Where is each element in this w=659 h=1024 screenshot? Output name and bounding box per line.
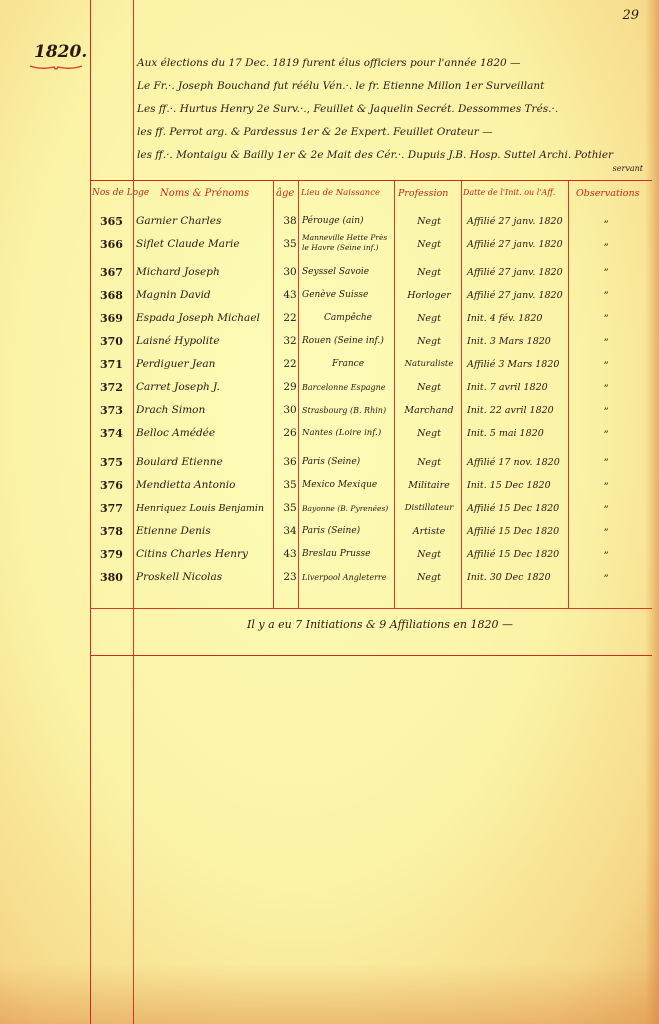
col-header-observations: Observations [576, 188, 640, 199]
birthplace: Nantes (Loire inf.) [302, 422, 394, 445]
member-age: 32 [275, 330, 305, 353]
birthplace: Pérouge (ain) [302, 210, 394, 233]
year-summary: Il y a eu 7 Initiations & 9 Affiliations… [200, 618, 560, 631]
profession: Negt [395, 330, 463, 353]
member-name: Belloc Amédée [136, 422, 292, 445]
table-row: 379 Citins Charles Henry 43 Breslau Prus… [90, 543, 570, 566]
member-name: Perdiguer Jean [136, 353, 292, 376]
lodge-number: 365 [100, 210, 136, 233]
observation-ditto: ” [600, 568, 612, 591]
member-name: Citins Charles Henry [136, 543, 292, 566]
header-line: les ff.·. Montaigu & Bailly 1er & 2e Mai… [137, 144, 652, 167]
profession: Marchand [395, 399, 463, 422]
observation-ditto: ” [600, 401, 612, 424]
table-row: 374 Belloc Amédée 26 Nantes (Loire inf.)… [90, 422, 570, 445]
birthplace: Mexico Mexique [302, 474, 394, 497]
table-row: 378 Etienne Denis 34 Paris (Seine) Artis… [90, 520, 570, 543]
member-age: 35 [275, 474, 305, 497]
profession: Negt [395, 422, 463, 445]
table-end-rule [90, 608, 652, 609]
lodge-number: 367 [100, 261, 136, 284]
birthplace: Bayonne (B. Pyrenées) [302, 497, 394, 520]
admission-date: Init. 30 Dec 1820 [463, 566, 575, 589]
page-bottom-shadow [0, 964, 659, 1024]
member-name: Proskell Nicolas [136, 566, 292, 589]
observation-ditto: ” [600, 499, 612, 522]
observation-ditto: ” [600, 262, 612, 285]
birthplace: Manneville Hette Près le Havre (Seine in… [302, 233, 394, 259]
admission-date: Affilié 3 Mars 1820 [463, 353, 575, 376]
table-row: 368 Magnin David 43 Genève Suisse Horlog… [90, 284, 570, 307]
admission-date: Init. 5 mai 1820 [463, 422, 575, 445]
lodge-number: 374 [100, 422, 136, 445]
profession: Distillateur [395, 497, 463, 520]
year-heading: 1820. [34, 42, 87, 62]
member-age: 30 [275, 399, 305, 422]
member-name: Etienne Denis [136, 520, 292, 543]
table-row: 365 Garnier Charles 38 Pérouge (ain) Neg… [90, 210, 570, 233]
profession: Negt [395, 451, 463, 474]
member-age: 38 [275, 210, 305, 233]
admission-date: Affilié 17 nov. 1820 [463, 451, 575, 474]
birthplace: Liverpool Angleterre [302, 566, 394, 589]
table-row: 369 Espada Joseph Michael 22 Campêche Ne… [90, 307, 570, 330]
member-age: 35 [275, 233, 305, 256]
observation-ditto: ” [600, 476, 612, 499]
lodge-number: 368 [100, 284, 136, 307]
lodge-number: 366 [100, 233, 136, 256]
lodge-number: 380 [100, 566, 136, 589]
lodge-number: 376 [100, 474, 136, 497]
birthplace: Breslau Prusse [302, 543, 394, 566]
header-line: Le Fr.·. Joseph Bouchand fut réélu Vén.·… [137, 75, 652, 98]
member-name: Mendietta Antonio [136, 474, 292, 497]
member-name: Siflet Claude Marie [136, 233, 292, 256]
profession: Negt [395, 376, 463, 399]
lodge-number: 378 [100, 520, 136, 543]
profession: Militaire [395, 474, 463, 497]
birthplace: Strasbourg (B. Rhin) [302, 399, 394, 422]
admission-date: Init. 4 fév. 1820 [463, 307, 575, 330]
table-row: 372 Carret Joseph J. 29 Barcelonne Espag… [90, 376, 570, 399]
member-age: 23 [275, 566, 305, 589]
profession: Negt [395, 543, 463, 566]
member-age: 43 [275, 543, 305, 566]
header-line: Aux élections du 17 Dec. 1819 furent élu… [137, 52, 652, 75]
observation-ditto: ” [600, 452, 612, 475]
page-number: 29 [622, 8, 639, 23]
table-row: 373 Drach Simon 30 Strasbourg (B. Rhin) … [90, 399, 570, 422]
lodge-number: 371 [100, 353, 136, 376]
header-line: les ff. Perrot arg. & Pardessus 1er & 2e… [137, 121, 652, 144]
member-name: Michard Joseph [136, 261, 292, 284]
observation-ditto: ” [600, 545, 612, 568]
birthplace: Barcelonne Espagne [302, 376, 394, 399]
profession: Negt [395, 307, 463, 330]
officers-election-paragraph: Aux élections du 17 Dec. 1819 furent élu… [137, 52, 652, 167]
member-name: Magnin David [136, 284, 292, 307]
lodge-number: 373 [100, 399, 136, 422]
header-line: Les ff.·. Hurtus Henry 2e Surv.·., Feuil… [137, 98, 652, 121]
lodge-number: 372 [100, 376, 136, 399]
observation-ditto: ” [600, 424, 612, 447]
member-name: Espada Joseph Michael [136, 307, 292, 330]
member-name: Laisné Hypolite [136, 330, 292, 353]
observation-ditto: ” [600, 378, 612, 401]
admission-date: Init. 22 avril 1820 [463, 399, 575, 422]
observation-ditto: ” [600, 355, 612, 378]
lodge-number: 369 [100, 307, 136, 330]
birthplace: Campêche [302, 307, 394, 330]
lodge-number: 377 [100, 497, 136, 520]
admission-date: Affilié 15 Dec 1820 [463, 497, 575, 520]
lodge-number: 379 [100, 543, 136, 566]
member-age: 30 [275, 261, 305, 284]
table-row: 380 Proskell Nicolas 23 Liverpool Anglet… [90, 566, 570, 589]
table-row: 375 Boulard Etienne 36 Paris (Seine) Neg… [90, 451, 570, 474]
member-name: Garnier Charles [136, 210, 292, 233]
col-header-names: Noms & Prénoms [160, 188, 249, 199]
observation-ditto: ” [600, 522, 612, 545]
footer-bottom-rule [90, 655, 652, 656]
admission-date: Affilié 15 Dec 1820 [463, 520, 575, 543]
profession: Negt [395, 233, 463, 256]
admission-date: Affilié 15 Dec 1820 [463, 543, 575, 566]
header-sub-note: servant [613, 164, 643, 173]
member-name: Drach Simon [136, 399, 292, 422]
profession: Horloger [395, 284, 463, 307]
admission-date: Init. 3 Mars 1820 [463, 330, 575, 353]
birthplace: Rouen (Seine inf.) [302, 330, 394, 353]
admission-date: Affilié 27 janv. 1820 [463, 284, 575, 307]
member-age: 36 [275, 451, 305, 474]
admission-date: Affilié 27 janv. 1820 [463, 210, 575, 233]
col-header-age: âge [276, 188, 294, 199]
member-age: 29 [275, 376, 305, 399]
admission-date: Init. 7 avril 1820 [463, 376, 575, 399]
observation-ditto: ” [600, 308, 612, 331]
table-row: 371 Perdiguer Jean 22 France Naturaliste… [90, 353, 570, 376]
col-header-lodge-number: Nos de Loge [92, 188, 149, 198]
admission-date: Init. 15 Dec 1820 [463, 474, 575, 497]
admission-date: Affilié 27 janv. 1820 [463, 233, 575, 256]
member-age: 43 [275, 284, 305, 307]
table-row: 366 Siflet Claude Marie 35 Manneville He… [90, 233, 570, 256]
table-row: 370 Laisné Hypolite 32 Rouen (Seine inf.… [90, 330, 570, 353]
lodge-number: 375 [100, 451, 136, 474]
table-row: 367 Michard Joseph 30 Seyssel Savoie Neg… [90, 261, 570, 284]
profession: Artiste [395, 520, 463, 543]
member-age: 22 [275, 353, 305, 376]
observation-ditto: ” [600, 285, 612, 308]
birthplace: Genève Suisse [302, 284, 394, 307]
observation-ditto: ” [600, 237, 612, 260]
col-header-birthplace: Lieu de Naissance [301, 188, 380, 198]
lodge-number: 370 [100, 330, 136, 353]
birthplace: Paris (Seine) [302, 520, 394, 543]
member-age: 34 [275, 520, 305, 543]
col-header-profession: Profession [398, 188, 448, 199]
member-age: 35 [275, 497, 305, 520]
birthplace: Paris (Seine) [302, 451, 394, 474]
observation-ditto: ” [600, 214, 612, 237]
member-name: Carret Joseph J. [136, 376, 292, 399]
table-row: 376 Mendietta Antonio 35 Mexico Mexique … [90, 474, 570, 497]
birthplace: France [302, 353, 394, 376]
member-age: 26 [275, 422, 305, 445]
profession: Negt [395, 261, 463, 284]
profession: Naturaliste [395, 353, 463, 376]
birthplace: Seyssel Savoie [302, 261, 394, 284]
col-header-date: Datte de l'Init. ou l'Aff. [463, 188, 555, 197]
admission-date: Affilié 27 janv. 1820 [463, 261, 575, 284]
member-name: Boulard Etienne [136, 451, 292, 474]
observation-ditto: ” [600, 332, 612, 355]
year-underline-flourish-icon [28, 64, 84, 72]
table-row: 377 Henriquez Louis Benjamin 35 Bayonne … [90, 497, 570, 520]
profession: Negt [395, 566, 463, 589]
profession: Negt [395, 210, 463, 233]
member-name: Henriquez Louis Benjamin [136, 497, 292, 520]
member-age: 22 [275, 307, 305, 330]
